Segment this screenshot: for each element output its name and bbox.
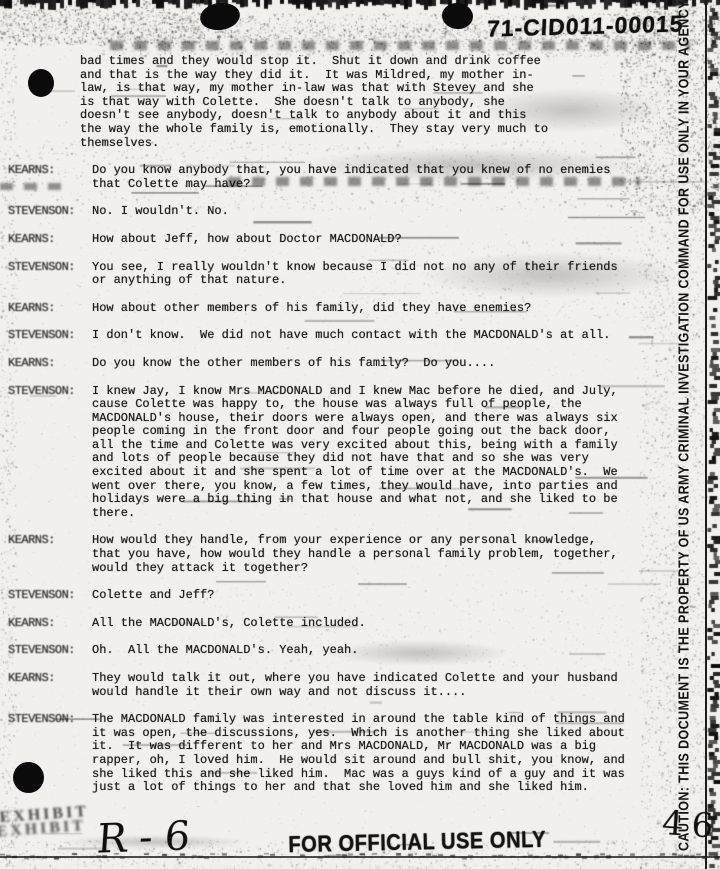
speaker-label: STEVENSON: <box>8 644 75 658</box>
transcript-entries: KEARNS:Do you know anybody that, you hav… <box>8 164 640 795</box>
speaker-label: KEARNS: <box>8 617 55 631</box>
speaker-label: KEARNS: <box>8 672 55 686</box>
ink-blot-top-left <box>198 0 241 32</box>
interview-transcript: bad times and they would stop it. Shut i… <box>8 55 640 809</box>
speaker-label: STEVENSON: <box>8 205 75 219</box>
exhibit-number-handwritten: R-6 <box>95 813 203 863</box>
entry-text: The MACDONALD family was interested in a… <box>92 713 632 795</box>
transcript-entry: KEARNS:They would talk it out, where you… <box>8 672 640 699</box>
speaker-label: KEARNS: <box>8 233 55 247</box>
speaker-label: KEARNS: <box>8 534 55 548</box>
transcript-entry: STEVENSON:Colette and Jeff? <box>8 589 640 603</box>
transcript-entry: KEARNS:Do you know the other members of … <box>8 357 640 371</box>
transcript-entry: KEARNS:All the MACDONALD's, Colette incl… <box>8 617 640 631</box>
entry-text: I don't know. We did not have much conta… <box>92 329 632 343</box>
entry-text: You see, I really wouldn't know because … <box>92 261 632 288</box>
entry-text: No. I wouldn't. No. <box>92 205 632 219</box>
transcript-entry: STEVENSON:Oh. All the MACDONALD's. Yeah,… <box>8 644 640 658</box>
ink-blot-top-right <box>441 1 475 30</box>
entry-text: Do you know the other members of his fam… <box>92 357 632 371</box>
entry-text: bad times and they would stop it. Shut i… <box>80 55 550 150</box>
transcript-entry: KEARNS:How about Jeff, how about Doctor … <box>8 233 640 247</box>
transcript-continuation: bad times and they would stop it. Shut i… <box>8 55 640 150</box>
transcript-entry: KEARNS:How about other members of his fa… <box>8 302 640 316</box>
speaker-label: STEVENSON: <box>8 329 75 343</box>
speaker-label: STEVENSON: <box>8 261 75 275</box>
speaker-label: KEARNS: <box>8 164 55 178</box>
entry-text: How about Jeff, how about Doctor MACDONA… <box>92 233 632 247</box>
entry-text: They would talk it out, where you have i… <box>92 672 632 699</box>
page-number-handwritten: 46 <box>661 803 720 847</box>
transcript-entry: STEVENSON:You see, I really wouldn't kno… <box>8 261 640 288</box>
transcript-entry: STEVENSON:I knew Jay, I know Mrs MACDONA… <box>8 385 640 521</box>
right-edge-rule <box>705 0 707 869</box>
transcript-entry: STEVENSON:I don't know. We did not have … <box>8 329 640 343</box>
speaker-label: STEVENSON: <box>8 713 75 727</box>
entry-text: Colette and Jeff? <box>92 589 632 603</box>
speaker-label: KEARNS: <box>8 357 55 371</box>
document-number-stamp: 71-CID011-00015 <box>486 10 684 42</box>
entry-text: Oh. All the MACDONALD's. Yeah, yeah. <box>92 644 632 658</box>
entry-text: All the MACDONALD's, Colette included. <box>92 617 632 631</box>
transcript-entry: KEARNS:How would they handle, from your … <box>8 534 640 575</box>
transcript-entry: STEVENSON:No. I wouldn't. No. <box>8 205 640 219</box>
hole-punch-mark-lower <box>13 762 44 793</box>
scanned-page: 71-CID011-00015 bad times and they would… <box>0 0 720 869</box>
speaker-label: STEVENSON: <box>8 385 75 399</box>
exhibit-stamp: EXHIBIT EXHIBIT <box>0 803 90 841</box>
entry-text: Do you know anybody that, you have indic… <box>92 164 632 191</box>
hole-punch-mark-upper <box>28 69 54 97</box>
transcript-entry: STEVENSON:The MACDONALD family was inter… <box>8 713 640 795</box>
scan-smudge <box>110 41 690 50</box>
speaker-label: STEVENSON: <box>8 589 75 603</box>
entry-text: How would they handle, from your experie… <box>92 534 632 575</box>
transcript-entry: KEARNS:Do you know anybody that, you hav… <box>8 164 640 191</box>
entry-text: How about other members of his family, d… <box>92 302 632 316</box>
caution-sidebar-text: CAUTION: THIS DOCUMENT IS THE PROPERTY O… <box>676 23 692 851</box>
entry-text: I knew Jay, I know Mrs MACDONALD and I k… <box>92 385 632 521</box>
speaker-label: KEARNS: <box>8 302 55 316</box>
official-use-stamp: FOR OFFICIAL USE ONLY <box>288 827 546 858</box>
